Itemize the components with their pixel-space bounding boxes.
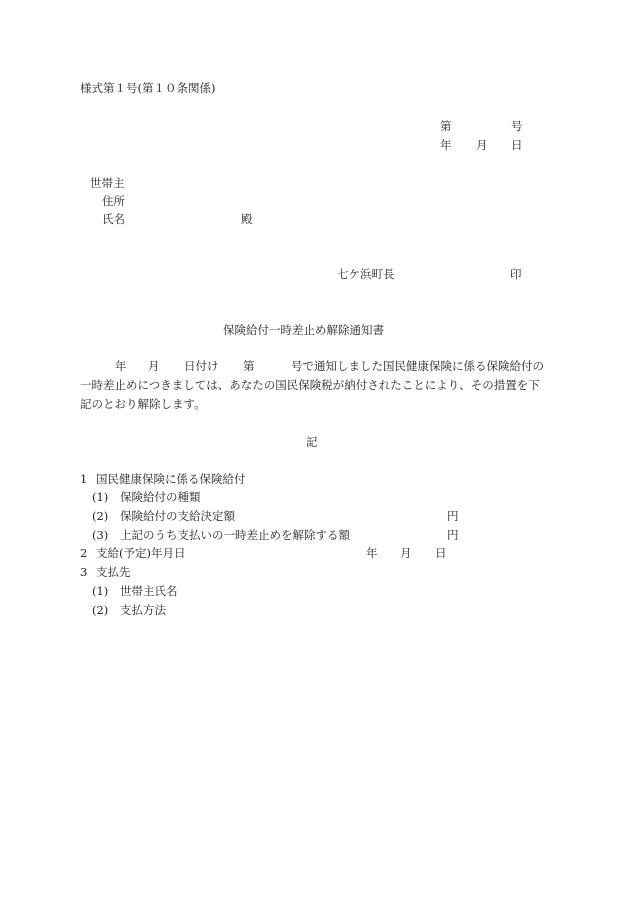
item2-day: 日 xyxy=(435,546,447,560)
item2-year: 年 xyxy=(366,546,378,560)
item1-number: 1 xyxy=(80,472,87,486)
reference-number-prefix: 第 xyxy=(440,119,452,133)
householder-label: 世帯主 xyxy=(90,176,125,190)
item2-month: 月 xyxy=(400,546,412,560)
item1-sub1-number: (1) xyxy=(92,490,108,504)
item1-sub3-unit: 円 xyxy=(447,528,459,542)
body-dated: 日付け xyxy=(184,359,219,373)
item1-sub3-number: (3) xyxy=(92,528,108,542)
item3-label: 支払先 xyxy=(96,565,131,579)
item2-number: 2 xyxy=(80,546,87,560)
body-line2: 一時差止めにつきましては、あなたの国民保険税が納付されたことにより、その措置を下 xyxy=(80,378,540,392)
ki-heading: 記 xyxy=(306,435,318,449)
body-year: 年 xyxy=(115,359,127,373)
body-no-prefix: 第 xyxy=(243,359,255,373)
item1-sub2-unit: 円 xyxy=(447,509,459,523)
item3-sub2-number: (2) xyxy=(92,603,108,617)
item1-sub1-label: 保険給付の種類 xyxy=(120,490,201,504)
seal-mark: 印 xyxy=(510,267,522,281)
item1-sub3-label: 上記のうち支払いの一時差止めを解除する額 xyxy=(120,528,350,542)
form-label: 様式第１号(第１０条関係) xyxy=(80,81,215,95)
item3-sub2-label: 支払方法 xyxy=(120,603,166,617)
name-label: 氏名 xyxy=(102,212,125,226)
date-year-label: 年 xyxy=(440,138,452,152)
item1-sub2-label: 保険給付の支給決定額 xyxy=(120,509,235,523)
item3-number: 3 xyxy=(80,565,87,579)
item3-sub1-label: 世帯主氏名 xyxy=(120,584,178,598)
honorific: 殿 xyxy=(241,212,253,226)
item3-sub1-number: (1) xyxy=(92,584,108,598)
item2-label: 支給(予定)年月日 xyxy=(96,546,185,560)
document-title: 保険給付一時差止め解除通知書 xyxy=(223,323,384,337)
date-month-label: 月 xyxy=(476,138,488,152)
body-month: 月 xyxy=(148,359,160,373)
issuer-title: 七ケ浜町長 xyxy=(337,267,395,281)
date-day-label: 日 xyxy=(511,138,523,152)
reference-number-suffix: 号 xyxy=(511,119,523,133)
item1-sub2-number: (2) xyxy=(92,509,108,523)
address-label: 住所 xyxy=(102,194,125,208)
body-line1-rest: 号で通知しました国民健康保険に係る保険給付の xyxy=(291,359,544,373)
item1-label: 国民健康保険に係る保険給付 xyxy=(96,472,246,486)
body-line3: 記のとおり解除します。 xyxy=(80,397,206,411)
